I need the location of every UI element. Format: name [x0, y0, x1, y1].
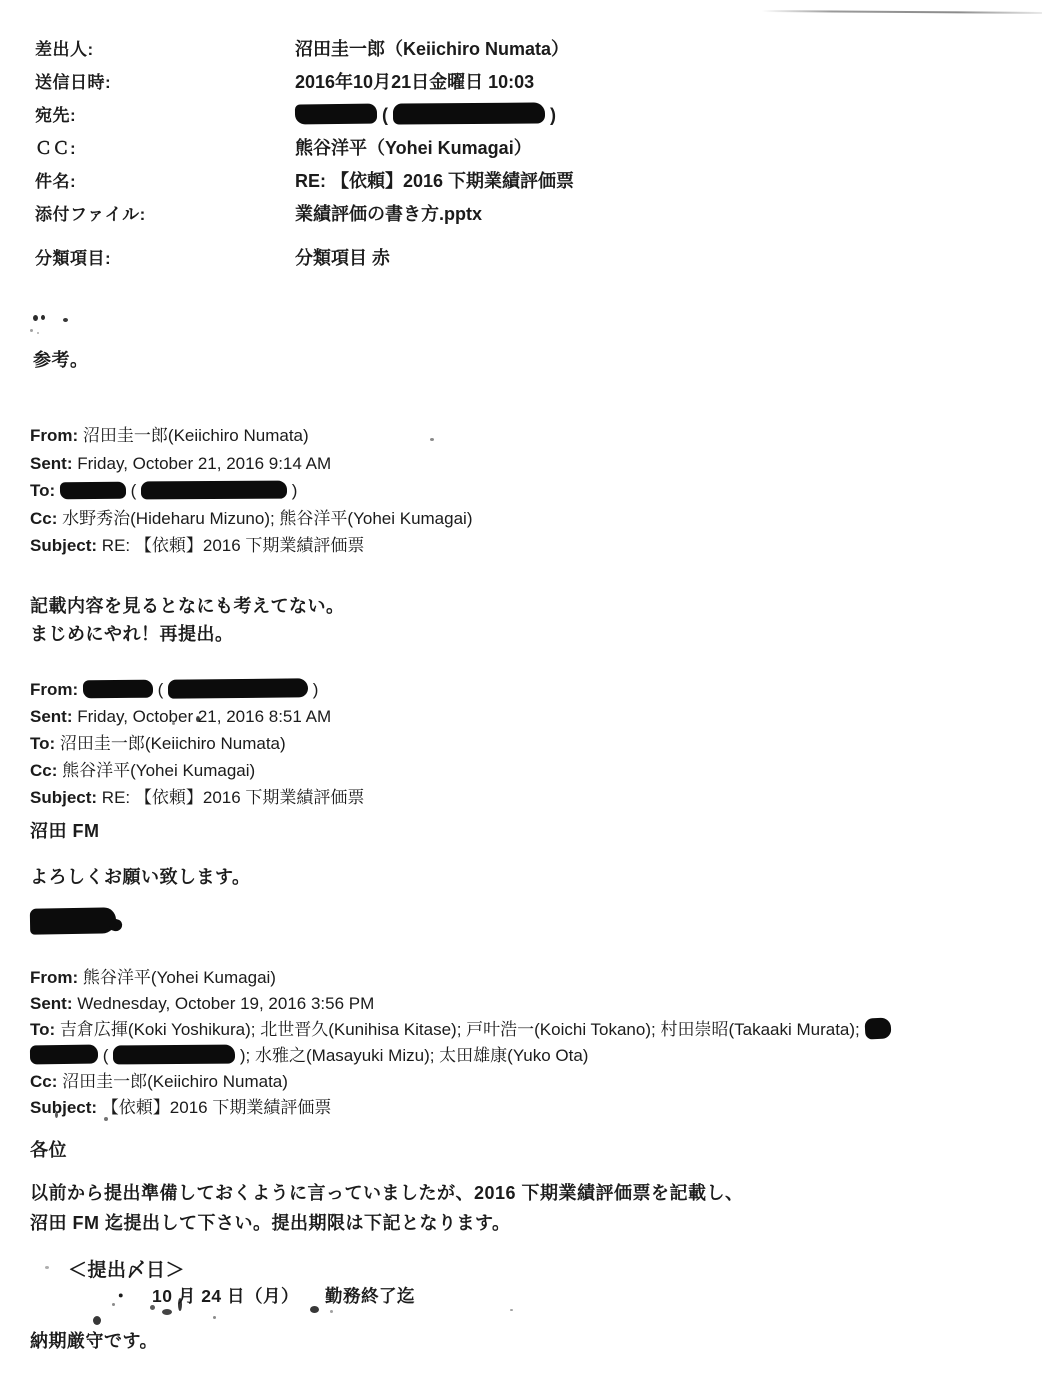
paren-close: ) — [313, 680, 319, 699]
to-value: 沼田圭一郎(Keiichiro Numata) — [60, 734, 286, 753]
from-value: 熊谷洋平(Yohei Kumagai) — [83, 968, 276, 987]
scan-speck — [112, 1303, 115, 1306]
cc-value: 熊谷洋平(Yohei Kumagai) — [62, 761, 255, 780]
scan-speck — [63, 318, 68, 322]
quoted-email-2-header: From: ( ) Sent: Friday, October 21, 2016… — [30, 676, 1030, 811]
quoted2-sent-line: Sent: Friday, October 21, 2016 8:51 AM — [30, 703, 1030, 730]
from-value: 沼田圭一郎(Keiichiro Numata) — [83, 426, 309, 445]
quoted3-from-line: From: 熊谷洋平(Yohei Kumagai) — [30, 965, 1030, 991]
subject-value: 【依頼】2016 下期業績評価票 — [102, 1098, 332, 1117]
message-1-line-2: まじめにやれ！再提出。 — [30, 620, 345, 648]
scan-speck — [93, 1316, 101, 1325]
quoted1-subject-line: Subject: RE: 【依頼】2016 下期業績評価票 — [30, 532, 1030, 560]
paren-open: ( — [103, 1046, 109, 1065]
sent-field-label: 送信日時: — [35, 66, 295, 99]
header-row-subject: 件名: RE: 【依頼】2016 下期業績評価票 — [35, 165, 995, 198]
paren-open: ( — [382, 105, 388, 125]
paren-open: ( — [158, 680, 164, 699]
scan-speck — [178, 1298, 182, 1311]
deadline-date: 10 月 24 日（月） — [152, 1286, 299, 1306]
sent-label: Sent: — [30, 994, 73, 1013]
redaction-bar — [30, 1045, 98, 1065]
quoted3-cc-line: Cc: 沼田圭一郎(Keiichiro Numata) — [30, 1069, 1030, 1095]
message-3-salutation: 各位 — [30, 1136, 67, 1162]
header-row-attachment: 添付ファイル: 業績評価の書き方.pptx — [35, 198, 995, 231]
quoted2-from-line: From: ( ) — [30, 676, 1030, 703]
from-field-label: 差出人: — [35, 33, 295, 66]
to-field-label: 宛先: — [35, 99, 295, 132]
header-row-sent: 送信日時: 2016年10月21日金曜日 10:03 — [35, 66, 995, 99]
scan-speck — [310, 1306, 319, 1313]
deadline-heading: ＜提出〆日＞ — [68, 1255, 185, 1282]
quoted-email-1-header: From: 沼田圭一郎(Keiichiro Numata) Sent: Frid… — [30, 422, 1030, 560]
scan-speck — [150, 1305, 155, 1310]
subject-label: Subject: — [30, 1098, 97, 1117]
scan-speck — [33, 315, 38, 321]
redaction-bar — [864, 1017, 891, 1039]
quoted-email-3-header: From: 熊谷洋平(Yohei Kumagai) Sent: Wednesda… — [30, 965, 1030, 1121]
quoted1-sent-line: Sent: Friday, October 21, 2016 9:14 AM — [30, 450, 1030, 478]
subject-label: Subject: — [30, 788, 97, 807]
redaction-bar — [83, 680, 153, 699]
cc-label: Cc: — [30, 761, 57, 780]
redacted-signature — [30, 907, 116, 934]
paren-close: ) — [292, 481, 298, 500]
redaction-bar — [295, 103, 377, 124]
cc-label: Cc: — [30, 509, 57, 528]
quoted3-to-line-1: To: 吉倉広揮(Koki Yoshikura); 北世晋久(Kunihisa … — [30, 1017, 1030, 1043]
email-header-fields: 差出人: 沼田圭一郎（Keiichiro Numata） 送信日時: 2016年… — [35, 33, 995, 231]
from-label: From: — [30, 680, 78, 699]
cc-value: 沼田圭一郎(Keiichiro Numata) — [62, 1072, 288, 1091]
sent-value: Wednesday, October 19, 2016 3:56 PM — [77, 994, 374, 1013]
to-label: To: — [30, 734, 55, 753]
scan-speck — [104, 1117, 108, 1121]
cc-value: 水野秀治(Hideharu Mizuno); 熊谷洋平(Yohei Kumaga… — [62, 509, 472, 528]
redaction-bar — [168, 678, 308, 698]
message-3-paragraph: 以前から提出準備しておくように言っていましたが、2016 下期業績評価票を記載し… — [30, 1178, 1010, 1238]
sent-value: Friday, October 21, 2016 8:51 AM — [77, 707, 331, 726]
subject-label: Subject: — [30, 536, 97, 555]
scan-speck — [196, 716, 200, 722]
scan-speck — [172, 722, 175, 725]
sent-label: Sent: — [30, 454, 73, 473]
scan-speck — [162, 1309, 172, 1315]
scan-speck — [37, 332, 39, 334]
to-value-part1: 吉倉広揮(Koki Yoshikura); 北世晋久(Kunihisa Kita… — [60, 1020, 865, 1039]
header-row-category: 分類項目: 分類項目 赤 — [35, 242, 995, 275]
redaction-bar — [60, 482, 126, 500]
message-2-line-1: 沼田 FM — [30, 817, 100, 843]
quoted1-from-line: From: 沼田圭一郎(Keiichiro Numata) — [30, 422, 1030, 450]
quoted2-subject-line: Subject: RE: 【依頼】2016 下期業績評価票 — [30, 784, 1030, 811]
message-3-closing: 納期厳守です。 — [30, 1327, 158, 1353]
deadline-time: 勤務終了迄 — [325, 1286, 415, 1306]
quoted3-to-line-2: ( ); 水雅之(Masayuki Mizu); 太田雄康(Yuko Ota) — [30, 1043, 1030, 1069]
sent-value: Friday, October 21, 2016 9:14 AM — [77, 454, 331, 473]
cc-field-label: ＣＣ: — [35, 132, 295, 165]
redaction-bar — [393, 102, 545, 124]
message-1: 記載内容を見るとなにも考えてない。 まじめにやれ！再提出。 — [30, 592, 345, 648]
scan-speck — [41, 315, 45, 320]
header-row-cc: ＣＣ: 熊谷洋平（Yohei Kumagai） — [35, 132, 995, 165]
category-field-value: 分類項目 赤 — [295, 242, 390, 275]
message-2-line-2: よろしくお願い致します。 — [30, 863, 251, 889]
subject-field-label: 件名: — [35, 165, 295, 198]
scanned-email-document: 差出人: 沼田圭一郎（Keiichiro Numata） 送信日時: 2016年… — [0, 0, 1045, 1379]
paren-close: ) — [550, 105, 556, 125]
message-3-para-line-1: 以前から提出準備しておくように言っていましたが、2016 下期業績評価票を記載し… — [30, 1178, 1010, 1208]
to-field-value-redacted: ( ) — [295, 99, 556, 132]
redaction-bar — [113, 1045, 235, 1065]
quoted3-subject-line: Subject: 【依頼】2016 下期業績評価票 — [30, 1095, 1030, 1121]
scan-speck — [55, 1112, 58, 1118]
scan-speck — [45, 1266, 49, 1269]
to-value-part2: ; 水雅之(Masayuki Mizu); 太田雄康(Yuko Ota) — [246, 1046, 589, 1065]
redaction-bar — [141, 481, 287, 500]
paren-open: ( — [131, 481, 137, 500]
subject-field-value: RE: 【依頼】2016 下期業績評価票 — [295, 165, 574, 198]
sent-label: Sent: — [30, 707, 73, 726]
scan-speck — [510, 1309, 513, 1311]
scan-speck — [430, 438, 434, 441]
from-label: From: — [30, 426, 78, 445]
from-label: From: — [30, 968, 78, 987]
message-1-line-1: 記載内容を見るとなにも考えてない。 — [30, 592, 345, 620]
scan-speck — [330, 1310, 333, 1313]
quoted2-to-line: To: 沼田圭一郎(Keiichiro Numata) — [30, 730, 1030, 757]
attachment-field-value: 業績評価の書き方.pptx — [295, 198, 482, 231]
to-label: To: — [30, 1020, 55, 1039]
to-label: To: — [30, 481, 55, 500]
quoted1-cc-line: Cc: 水野秀治(Hideharu Mizuno); 熊谷洋平(Yohei Ku… — [30, 505, 1030, 533]
subject-value: RE: 【依頼】2016 下期業績評価票 — [102, 536, 365, 555]
attachment-field-label: 添付ファイル: — [35, 198, 295, 231]
quoted1-to-line: To: ( ) — [30, 477, 1030, 505]
scan-artifact-line — [762, 10, 1042, 14]
quoted2-cc-line: Cc: 熊谷洋平(Yohei Kumagai) — [30, 757, 1030, 784]
subject-value: RE: 【依頼】2016 下期業績評価票 — [102, 788, 365, 807]
cc-field-value: 熊谷洋平（Yohei Kumagai） — [295, 132, 532, 165]
deadline-item: ・10 月 24 日（月）勤務終了迄 — [112, 1283, 415, 1308]
scan-speck — [30, 329, 33, 332]
quoted3-sent-line: Sent: Wednesday, October 19, 2016 3:56 P… — [30, 991, 1030, 1017]
scan-speck — [213, 1316, 216, 1319]
header-row-from: 差出人: 沼田圭一郎（Keiichiro Numata） — [35, 33, 995, 66]
sent-field-value: 2016年10月21日金曜日 10:03 — [295, 66, 534, 99]
from-field-value: 沼田圭一郎（Keiichiro Numata） — [295, 33, 569, 66]
category-field-label: 分類項目: — [35, 242, 295, 275]
message-3-para-line-2: 沼田 FM 迄提出して下さい。提出期限は下記となります。 — [30, 1208, 1010, 1238]
header-row-to: 宛先: ( ) — [35, 99, 995, 132]
reference-note: 参考。 — [33, 346, 89, 372]
cc-label: Cc: — [30, 1072, 57, 1091]
